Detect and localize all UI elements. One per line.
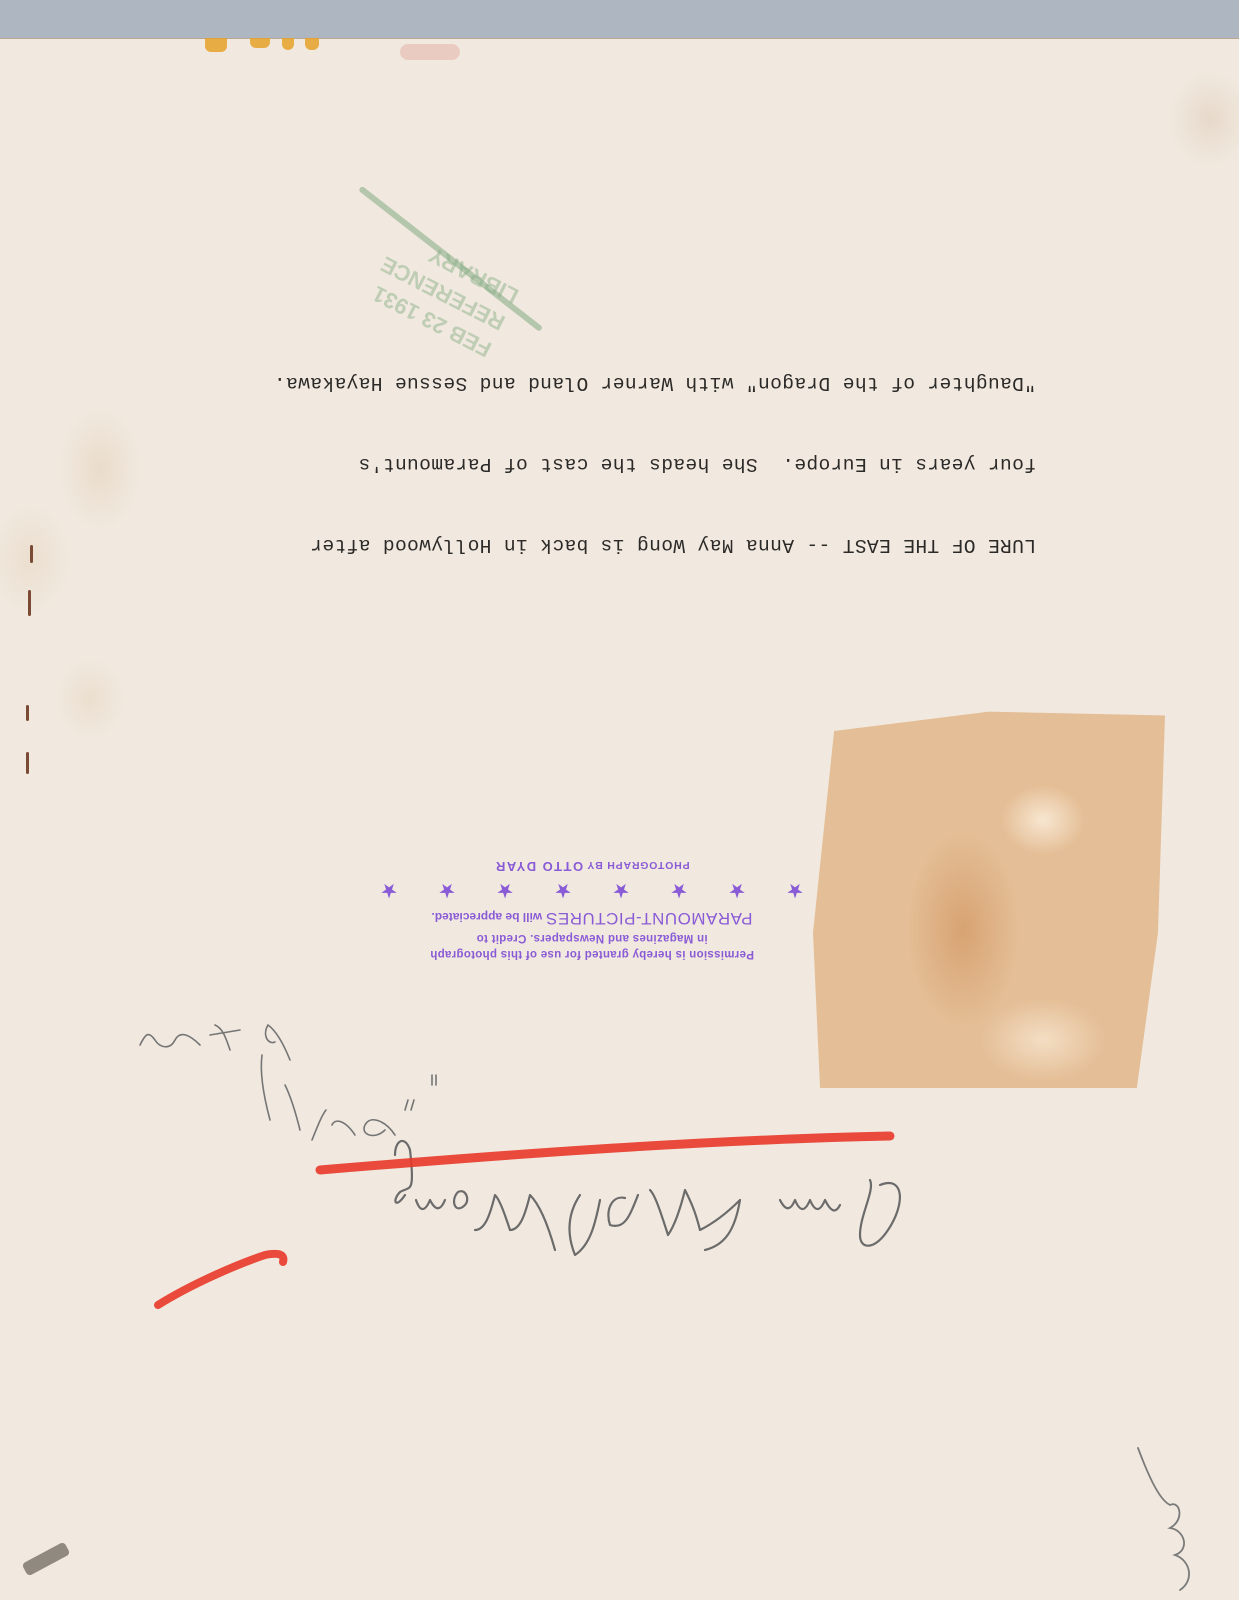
typed-caption: LURE OF THE EAST -- Anna May Wong is bac… — [26, 520, 1036, 612]
glue-drip — [305, 38, 319, 50]
star-icon: ★ — [670, 880, 688, 900]
caption-line: LURE OF THE EAST -- Anna May Wong is bac… — [26, 531, 1036, 558]
star-icon: ★ — [380, 880, 398, 900]
caption-line: "Daughter of the Dragon" with Warner Ola… — [26, 369, 1036, 396]
star-icon: ★ — [554, 880, 572, 900]
caption-line: four years in Europe. She heads the cast… — [26, 450, 1036, 477]
star-icon: ★ — [496, 880, 514, 900]
glue-drip — [205, 38, 227, 52]
star-icon: ★ — [728, 880, 746, 900]
credit-suffix: will be appreciated. — [431, 910, 545, 924]
photographer-credit: PHOTOGRAPH BY OTTO DYAR — [372, 859, 812, 874]
pink-smudge — [400, 44, 460, 60]
paramount-brand: PARAMOUNT-PICTURES — [546, 909, 753, 928]
star-icon: ★ — [786, 880, 804, 900]
photographer-name: OTTO DYAR — [494, 859, 583, 874]
glue-drip — [250, 38, 270, 48]
scanner-backdrop — [0, 0, 1239, 40]
photographer-prefix: PHOTOGRAPH BY — [583, 859, 690, 871]
star-icon: ★ — [438, 880, 456, 900]
tape-stain — [813, 700, 1165, 1088]
star-row: ★ ★ ★ ★ ★ ★ ★ ★ — [372, 880, 812, 900]
glue-drip — [282, 38, 294, 50]
credit-permission-line: Permission is hereby granted for use of … — [372, 948, 812, 960]
star-icon: ★ — [612, 880, 630, 900]
credit-brand-line: PARAMOUNT-PICTURES will be appreciated. — [372, 908, 812, 928]
paramount-credit-stamp: Permission is hereby granted for use of … — [372, 812, 812, 962]
credit-magazines-line: in Magazines and Newspapers. Credit to — [372, 932, 812, 944]
